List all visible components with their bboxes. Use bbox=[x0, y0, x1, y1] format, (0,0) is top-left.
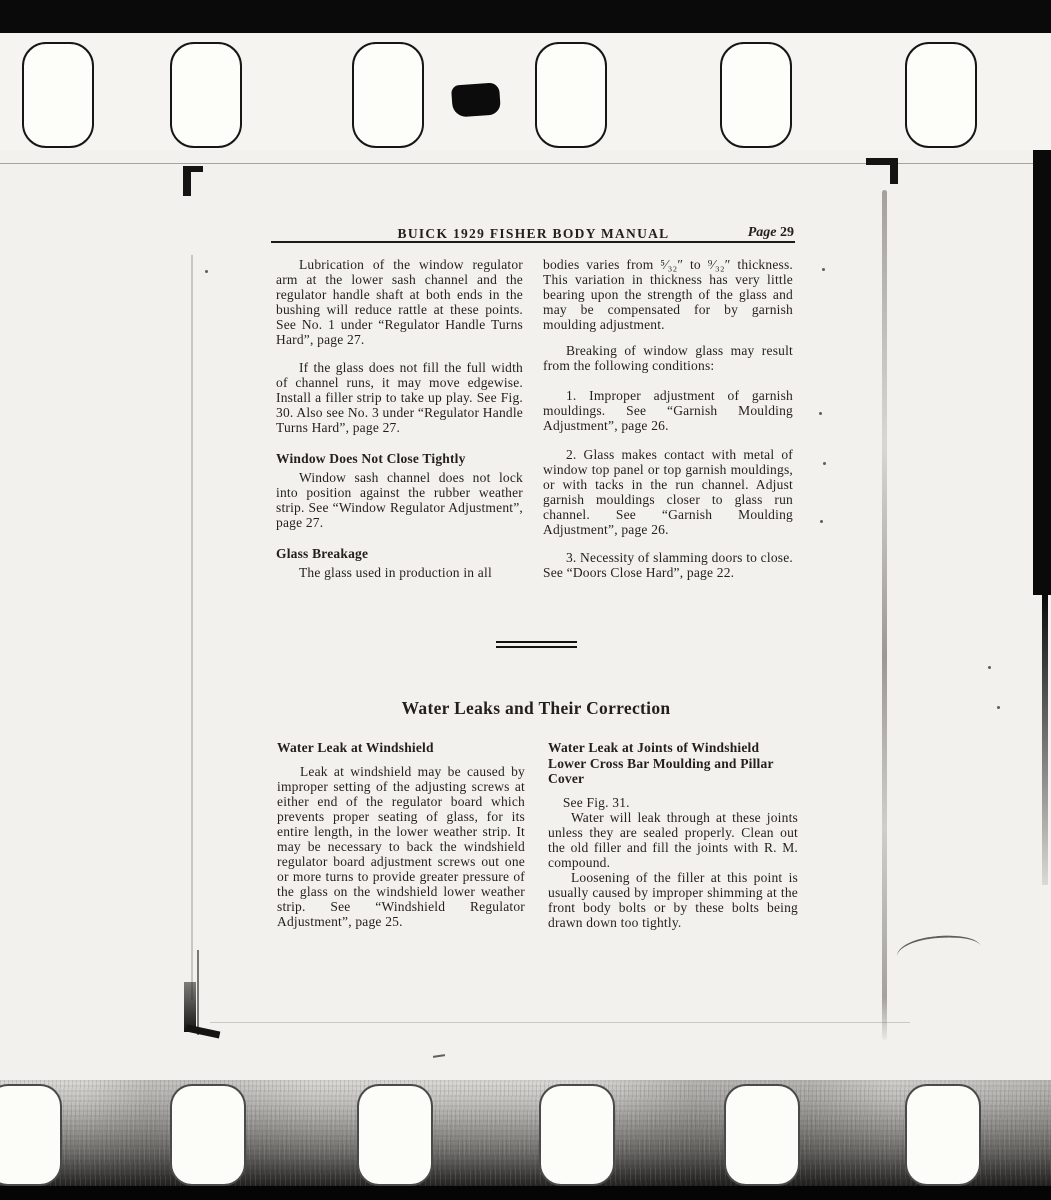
film-speck bbox=[988, 666, 991, 669]
film-speck bbox=[819, 412, 822, 415]
column-top-right: bodies varies from ⁵⁄₃₂″ to ⁹⁄₃₂″ thickn… bbox=[543, 257, 793, 580]
sprocket-hole bbox=[535, 42, 607, 148]
page-bottom-left-mark bbox=[197, 950, 199, 1035]
subheading-glass-breakage: Glass Breakage bbox=[276, 546, 523, 561]
film-frame bbox=[0, 150, 1051, 1080]
header-rule bbox=[271, 241, 795, 243]
section-title: Water Leaks and Their Correction bbox=[275, 698, 797, 719]
page-number-value: 29 bbox=[780, 225, 794, 240]
sprocket-hole bbox=[905, 1084, 981, 1186]
microfilm-scan: BUICK 1929 FISHER BODY MANUAL Page 29 Lu… bbox=[0, 0, 1051, 1200]
paragraph: Loosening of the filler at this point is… bbox=[548, 870, 798, 930]
column-bottom-right: Water Leak at Joints of Windshield Lower… bbox=[548, 740, 798, 930]
page-label: Page bbox=[748, 225, 777, 240]
film-blot bbox=[451, 82, 501, 117]
sprocket-hole bbox=[724, 1084, 800, 1186]
subheading-water-leak-at-joints: Water Leak at Joints of Windshield Lower… bbox=[548, 740, 798, 787]
paragraph: The glass used in production in all bbox=[276, 565, 523, 580]
film-right-black-band-tail bbox=[1042, 595, 1048, 885]
film-right-black-band bbox=[1033, 150, 1051, 595]
sprocket-hole bbox=[905, 42, 977, 148]
paragraph: Lubrication of the window regulator arm … bbox=[276, 257, 523, 347]
film-top-edge-bar bbox=[0, 0, 1051, 33]
column-bottom-left: Water Leak at Windshield Leak at windshi… bbox=[277, 740, 525, 929]
film-speck bbox=[433, 1054, 445, 1058]
paragraph: If the glass does not fill the full widt… bbox=[276, 360, 523, 435]
film-speck bbox=[823, 462, 826, 465]
page-bottom-left-mark bbox=[186, 1025, 221, 1039]
sprocket-hole bbox=[352, 42, 424, 148]
list-item: 2. Glass makes contact with metal of win… bbox=[543, 447, 793, 537]
film-scratch-curve bbox=[895, 932, 980, 959]
film-speck bbox=[205, 270, 208, 273]
film-sprocket-row-bottom bbox=[0, 1080, 1051, 1186]
paragraph: bodies varies from ⁵⁄₃₂″ to ⁹⁄₃₂″ thickn… bbox=[543, 257, 793, 332]
column-top-left: Lubrication of the window regulator arm … bbox=[276, 257, 523, 580]
film-smudge-line bbox=[882, 190, 887, 1040]
film-speck bbox=[997, 706, 1000, 709]
frame-faint-line bbox=[210, 1022, 910, 1023]
sprocket-hole bbox=[720, 42, 792, 148]
sprocket-hole bbox=[0, 1084, 62, 1186]
paragraph: Window sash channel does not lock into p… bbox=[276, 470, 523, 530]
subheading-window-does-not-close-tightly: Window Does Not Close Tightly bbox=[276, 451, 523, 466]
film-speck bbox=[820, 520, 823, 523]
film-speck bbox=[822, 268, 825, 271]
paragraph: Breaking of window glass may result from… bbox=[543, 343, 793, 373]
sprocket-hole bbox=[357, 1084, 433, 1186]
page-corner-mark-left bbox=[183, 166, 191, 196]
page-corner-mark-right bbox=[890, 158, 898, 184]
page-edge-line bbox=[191, 255, 193, 1000]
sprocket-hole bbox=[170, 42, 242, 148]
sprocket-hole bbox=[170, 1084, 246, 1186]
sprocket-hole bbox=[22, 42, 94, 148]
list-item: 1. Improper adjustment of garnish mouldi… bbox=[543, 388, 793, 433]
film-sprocket-row-top bbox=[0, 33, 1051, 151]
paragraph: Leak at windshield may be caused by impr… bbox=[277, 764, 525, 929]
subheading-water-leak-at-windshield: Water Leak at Windshield bbox=[277, 740, 525, 755]
paragraph: Water will leak through at these joints … bbox=[548, 810, 798, 870]
film-bottom-edge-bar bbox=[0, 1186, 1051, 1200]
paragraph: See Fig. 31. bbox=[548, 795, 798, 810]
page-number: Page 29 bbox=[690, 225, 794, 241]
list-item: 3. Necessity of slamming doors to close.… bbox=[543, 550, 793, 580]
sprocket-hole bbox=[539, 1084, 615, 1186]
section-divider-rule bbox=[496, 641, 577, 648]
